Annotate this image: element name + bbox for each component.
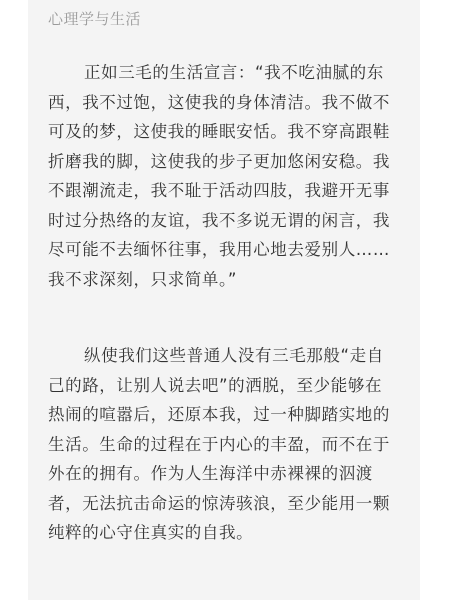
text-line: 生活。生命的过程在于内心的丰盈，而不在于 [48,430,404,460]
paragraph-2: 纵使我们这些普通人没有三毛那般“走自 己的路，让别人说去吧”的洒脱，至少能够在 … [48,341,404,548]
text-line: 正如三毛的生活宣言：“我不吃油腻的东 [48,58,404,88]
text-line: 纯粹的心守住真实的自我。 [48,518,404,548]
text-line: 尽可能不去缅怀往事，我用心地去爱别人…… [48,235,404,265]
text-line: 热闹的喧嚣后，还原本我，过一种脚踏实地的 [48,400,404,430]
text-line: 时过分热络的友谊，我不多说无谓的闲言，我 [48,206,404,236]
text-line: 西，我不过饱，这使我的身体清洁。我不做不 [48,88,404,118]
text-line: 我不求深刻，只求简单。” [48,265,404,295]
section-title: 心理学与生活 [48,8,141,29]
article-panel: 心理学与生活 正如三毛的生活宣言：“我不吃油腻的东 西，我不过饱，这使我的身体清… [28,0,420,600]
text-line: 不跟潮流走，我不耻于活动四肢，我避开无事 [48,176,404,206]
text-line: 者，无法抗击命运的惊涛骇浪，至少能用一颗 [48,489,404,519]
text-line: 纵使我们这些普通人没有三毛那般“走自 [48,341,404,371]
text-line: 折磨我的脚，这使我的步子更加悠闲安稳。我 [48,147,404,177]
text-line: 外在的拥有。作为人生海洋中赤裸裸的泅渡 [48,459,404,489]
text-line: 己的路，让别人说去吧”的洒脱，至少能够在 [48,371,404,401]
paragraph-1: 正如三毛的生活宣言：“我不吃油腻的东 西，我不过饱，这使我的身体清洁。我不做不 … [48,58,404,294]
text-line: 可及的梦，这使我的睡眠安恬。我不穿高跟鞋 [48,117,404,147]
